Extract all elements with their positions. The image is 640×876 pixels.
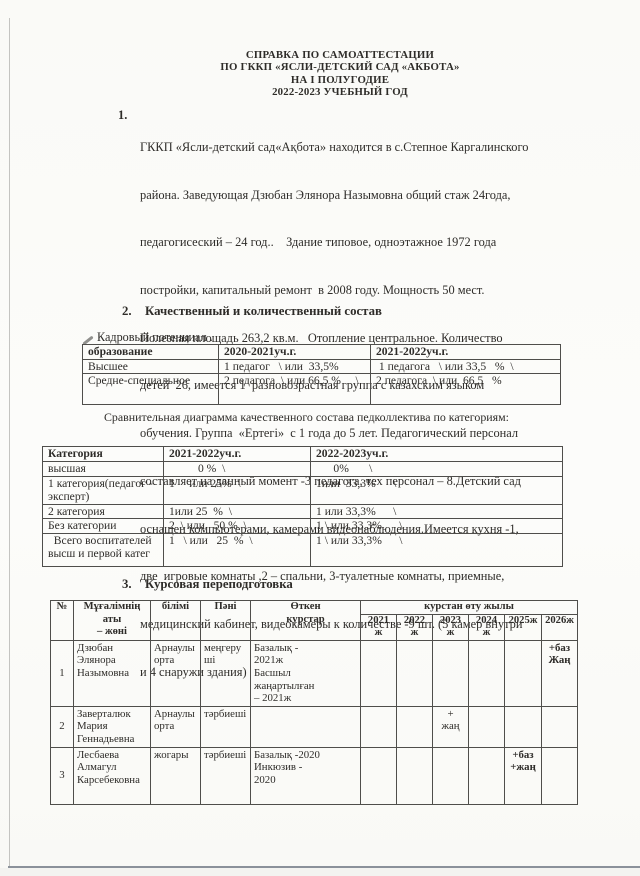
section-heading-text: Курсовая переподготовка bbox=[145, 577, 293, 592]
table-cell: 2 педагога \ или 66,5 % bbox=[371, 374, 561, 405]
staff-education-table: образование 2020-2021уч.г. 2021-2022уч.г… bbox=[82, 344, 561, 405]
table-cell: Базалық -2020 Инкюзив - 2020 bbox=[251, 747, 361, 804]
table-cell bbox=[542, 747, 578, 804]
table-cell bbox=[433, 640, 469, 706]
table-cell bbox=[361, 706, 397, 747]
table-cell: Средне-специальное bbox=[83, 374, 219, 405]
table-cell: 1 bbox=[51, 640, 74, 706]
table-header-cell: 2022 ж bbox=[397, 614, 433, 640]
table-cell: Высшее bbox=[83, 359, 219, 374]
table-header-cell: білімі bbox=[151, 601, 201, 641]
table-cell bbox=[469, 706, 505, 747]
table-cell: 3 bbox=[51, 747, 74, 804]
table-cell bbox=[361, 640, 397, 706]
table-cell: + жаң bbox=[433, 706, 469, 747]
table-cell: 1или 25 % \ bbox=[164, 504, 311, 519]
table-cell: 2 bbox=[51, 706, 74, 747]
table-cell: тәрбиеші bbox=[201, 747, 251, 804]
table-header-cell: Мұғалімнің аты – жөні bbox=[74, 601, 151, 641]
table-header-cell: 2021-2022уч.г. bbox=[371, 345, 561, 360]
table-cell bbox=[469, 640, 505, 706]
table-header-row: № Мұғалімнің аты – жөні білімі Пәні Өтке… bbox=[51, 601, 578, 615]
table-cell bbox=[433, 747, 469, 804]
table-header-cell: курстан өту жылы bbox=[361, 601, 578, 615]
scan-bottom-margin bbox=[0, 868, 640, 876]
table-cell: 1 категория(педагог - эксперт) bbox=[43, 476, 164, 504]
table-header-cell: 2020-2021уч.г. bbox=[219, 345, 371, 360]
table-cell bbox=[469, 747, 505, 804]
table-header-cell: Категория bbox=[43, 447, 164, 462]
table-row: 2 Заверталюк Мария Геннадьевна Арнаулы о… bbox=[51, 706, 578, 747]
table-row: Высшее 1 педагог \ или 33,5% 1 педагога … bbox=[83, 359, 561, 374]
table-cell bbox=[397, 747, 433, 804]
table-cell: 2 категория bbox=[43, 504, 164, 519]
table-cell: меңгеру ші bbox=[201, 640, 251, 706]
table-cell: жогары bbox=[151, 747, 201, 804]
table-cell bbox=[542, 706, 578, 747]
table-header-cell: 2026ж bbox=[542, 614, 578, 640]
table-header-cell: Пәні bbox=[201, 601, 251, 641]
table-cell: Заверталюк Мария Геннадьевна bbox=[74, 706, 151, 747]
scanned-document-page: СПРАВКА ПО САМОАТТЕСТАЦИИ ПО ГККП «ЯСЛИ-… bbox=[0, 0, 640, 876]
table-cell: высшая bbox=[43, 462, 164, 477]
table-header-cell: 2021 ж bbox=[361, 614, 397, 640]
table-cell bbox=[361, 747, 397, 804]
table-cell: Арнаулы орта bbox=[151, 640, 201, 706]
table-cell: Базалық - 2021ж Басшыл жаңартылған – 202… bbox=[251, 640, 361, 706]
table-cell: 1 \ или 33,3% \ bbox=[311, 533, 563, 566]
section-3-heading: 3. Курсовая переподготовка bbox=[122, 577, 293, 592]
paragraph-line: района. Заведующая Дзюбан Элянора Назымо… bbox=[140, 188, 528, 204]
section-2-heading: 2. Качественный и количественный состав bbox=[122, 304, 382, 319]
table-cell bbox=[397, 706, 433, 747]
paragraph-line: обучения. Группа «Ертегі» с 1 года до 5 … bbox=[140, 426, 528, 442]
table-header-cell: образование bbox=[83, 345, 219, 360]
paragraph-line: педагогисеский – 24 год.. Здание типовое… bbox=[140, 235, 528, 251]
table-cell: Всего воспитателей высш и первой катег bbox=[43, 533, 164, 566]
table-cell: +баз +жаң bbox=[505, 747, 542, 804]
section-heading-text: Качественный и количественный состав bbox=[145, 304, 382, 319]
table-cell: 0% \ bbox=[311, 462, 563, 477]
list-number: 3. bbox=[122, 577, 145, 592]
table-header-cell: 2024 ж bbox=[469, 614, 505, 640]
table-cell: 1 \ или 33,3% \ bbox=[311, 519, 563, 534]
title-line: ПО ГККП «ЯСЛИ-ДЕТСКИЙ САД «АКБОТА» bbox=[140, 61, 540, 73]
title-line: 2022-2023 УЧЕБНЫЙ ГОД bbox=[140, 86, 540, 98]
table-row: высшая 0 % \ 0% \ bbox=[43, 462, 563, 477]
table-cell bbox=[397, 640, 433, 706]
table-row: Средне-специальное 2 педагога \ или 66,5… bbox=[83, 374, 561, 405]
scan-edge-line bbox=[9, 18, 10, 866]
table-cell: тәрбиеші bbox=[201, 706, 251, 747]
table-cell: Без категории bbox=[43, 519, 164, 534]
table-cell: 1 или 33,3% \ bbox=[311, 504, 563, 519]
title-line: НА I ПОЛУГОДИЕ bbox=[140, 74, 540, 86]
table-header-cell: 2025ж bbox=[505, 614, 542, 640]
table-cell: 1 педагога \ или 33,5 % \ bbox=[371, 359, 561, 374]
table-header-cell: 2022-2023уч.г. bbox=[311, 447, 563, 462]
staff-potential-label: Кадровый потенциал . bbox=[97, 330, 213, 345]
table-cell: 2 педагога \ или 66,5 % \ bbox=[219, 374, 371, 405]
course-retraining-table: № Мұғалімнің аты – жөні білімі Пәні Өтке… bbox=[50, 600, 578, 805]
table-cell bbox=[251, 706, 361, 747]
category-comparison-table: Категория 2021-2022уч.г. 2022-2023уч.г. … bbox=[42, 446, 563, 567]
table-cell: Дзюбан Элянора Назымовна bbox=[74, 640, 151, 706]
table-row: Всего воспитателей высш и первой катег 1… bbox=[43, 533, 563, 566]
title-line: СПРАВКА ПО САМОАТТЕСТАЦИИ bbox=[140, 49, 540, 61]
table-cell: 1 \ или 25 % \ bbox=[164, 533, 311, 566]
table-cell: Арнаулы орта bbox=[151, 706, 201, 747]
document-title: СПРАВКА ПО САМОАТТЕСТАЦИИ ПО ГККП «ЯСЛИ-… bbox=[140, 49, 540, 99]
table-header-row: Категория 2021-2022уч.г. 2022-2023уч.г. bbox=[43, 447, 563, 462]
table-header-cell: Өткен курстар bbox=[251, 601, 361, 641]
table-row: 1 категория(педагог - эксперт) 1 или 25%… bbox=[43, 476, 563, 504]
table-cell bbox=[505, 706, 542, 747]
table-cell: +баз Жаң bbox=[542, 640, 578, 706]
table-row: 2 категория 1или 25 % \ 1 или 33,3% \ bbox=[43, 504, 563, 519]
table-header-cell: № bbox=[51, 601, 74, 641]
table-row: 1 Дзюбан Элянора Назымовна Арнаулы орта … bbox=[51, 640, 578, 706]
table-row: Без категории 2 \ или 50 % \ 1 \ или 33,… bbox=[43, 519, 563, 534]
paragraph-line: ГККП «Ясли-детский сад«Ақбота» находится… bbox=[140, 140, 528, 156]
table-header-row: образование 2020-2021уч.г. 2021-2022уч.г… bbox=[83, 345, 561, 360]
table-cell: 1 педагог \ или 33,5% bbox=[219, 359, 371, 374]
table-cell: Лесбаева Алмагул Карсебековна bbox=[74, 747, 151, 804]
list-number: 2. bbox=[122, 304, 145, 319]
table-cell: 1или 33,3% \ bbox=[311, 476, 563, 504]
table-cell: 1 или 25% \ bbox=[164, 476, 311, 504]
table-row: 3 Лесбаева Алмагул Карсебековна жогары т… bbox=[51, 747, 578, 804]
table-header-cell: 2023 ж bbox=[433, 614, 469, 640]
table-header-cell: 2021-2022уч.г. bbox=[164, 447, 311, 462]
table-cell bbox=[505, 640, 542, 706]
table-cell: 2 \ или 50 % \ bbox=[164, 519, 311, 534]
paragraph-line: постройки, капитальный ремонт в 2008 год… bbox=[140, 283, 528, 299]
table-cell: 0 % \ bbox=[164, 462, 311, 477]
diagram-caption: Сравнительная диаграмма качественного со… bbox=[104, 410, 509, 425]
